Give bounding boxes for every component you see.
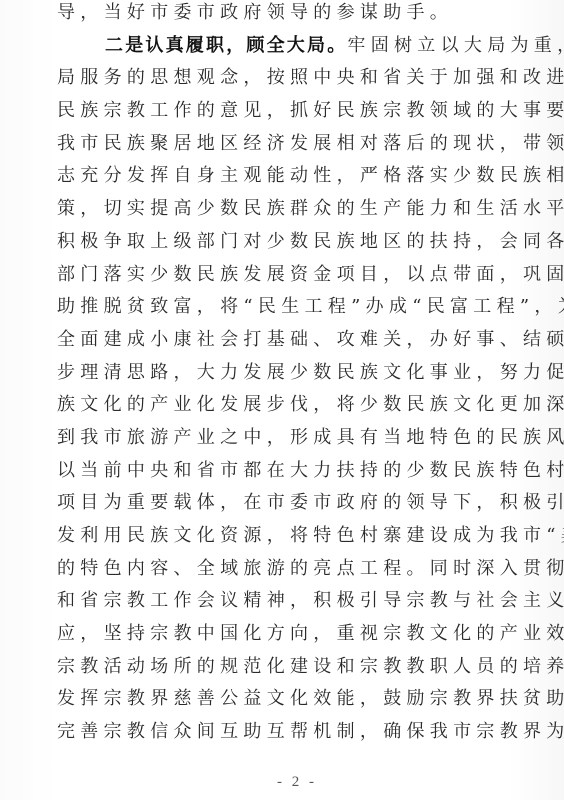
text-line: 民族宗教工作的意见，抓好民族宗教领域的大事要务。针对 (57, 95, 497, 128)
document-page: 导，当好市委市政府领导的参谋助手。 二是认真履职，顾全大局。牢固树立以大局为重，… (0, 0, 564, 800)
text-line: 导，当好市委市政府领导的参谋助手。 (57, 0, 497, 30)
text-line: 部门落实少数民族发展资金项目，以点带面，巩固扶贫成果， (57, 259, 497, 292)
text-line-heading: 二是认真履职，顾全大局。牢固树立以大局为重，为大 (57, 30, 497, 63)
text-line: 积极争取上级部门对少数民族地区的扶持，会同各区和有关 (57, 226, 497, 259)
text-line: 我市民族聚居地区经济发展相对落后的现状，带领本部门同 (57, 128, 497, 161)
text-line: 和省宗教工作会议精神，积极引导宗教与社会主义社会相适 (57, 585, 497, 618)
text-line: 的特色内容、全域旅游的亮点工程。同时深入贯彻落实中央 (57, 553, 497, 586)
text-line: 发挥宗教界慈善公益文化效能，鼓励宗教界扶贫助弱，建立 (57, 683, 497, 716)
text-line: 助推脱贫致富，将“民生工程”办成“民富工程”，为我市 (57, 291, 497, 324)
text-line: 发利用民族文化资源，将特色村寨建设成为我市“美丽乡村” (57, 520, 497, 553)
text-line: 局服务的思想观念，按照中央和省关于加强和改进新形势下 (57, 62, 497, 95)
text-span: 牢固树立以大局为重，为大 (347, 35, 564, 56)
body-text: 导，当好市委市政府领导的参谋助手。 二是认真履职，顾全大局。牢固树立以大局为重，… (57, 0, 497, 752)
text-line: 以当前中央和省市都在大力扶持的少数民族特色村寨建设 (57, 455, 497, 488)
section-heading: 二是认真履职，顾全大局。 (105, 35, 347, 56)
text-line: 宗教活动场所的规范化建设和宗教教职人员的培养。进一步 (57, 651, 497, 684)
page-number: - 2 - (0, 774, 564, 791)
text-line: 应，坚持宗教中国化方向，重视宗教文化的产业效应，加强 (57, 618, 497, 651)
text-line: 全面建成小康社会打基础、攻难关，办好事、结硕果。进一 (57, 324, 497, 357)
text-line: 族文化的产业化发展步伐，将少数民族文化更加深度地融合 (57, 389, 497, 422)
text-line: 完善宗教信众间互助互帮机制，确保我市宗教界为社会全面 (57, 716, 497, 749)
text-line: 到我市旅游产业之中，形成具有当地特色的民族风情项目。 (57, 422, 497, 455)
text-line: 志充分发挥自身主观能动性，严格落实少数民族相关优惠政 (57, 160, 497, 193)
text-line: 策，切实提高少数民族群众的生产能力和生活水平。同时， (57, 193, 497, 226)
text-line: 步理清思路，大力发展少数民族文化事业，努力促进少数民 (57, 357, 497, 390)
text-line: 项目为重要载体，在市委市政府的领导下，积极引导企业开 (57, 487, 497, 520)
